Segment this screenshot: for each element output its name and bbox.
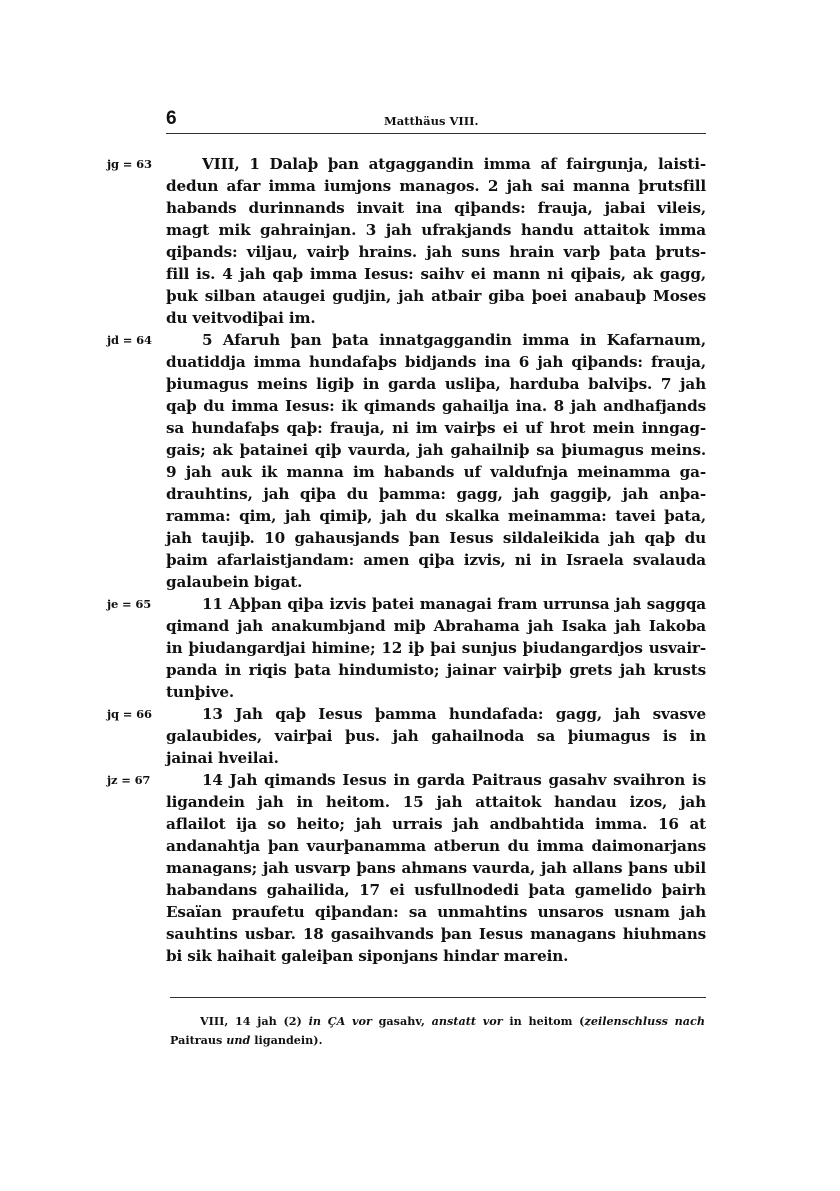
text-line: jah taujiþ. 10 gahausjands þan Iesus sil… bbox=[166, 527, 706, 549]
text-line: andanahtja þan vaurþanamma atberun du im… bbox=[166, 835, 706, 857]
footnote: VIII, 14 jah (2) in ÇA vor gasahv, ansta… bbox=[170, 1012, 705, 1050]
text-line: þaim afarlaistjandam: amen qiþa izvis, n… bbox=[166, 549, 706, 571]
text-line: 9 jah auk ik manna im habands uf valdufn… bbox=[166, 461, 706, 483]
text-line: þiumagus meins ligiþ in garda usliþa, ha… bbox=[166, 373, 706, 395]
gothic-text-body: jg = 63VIII, 1 Dalaþ þan atgaggandin imm… bbox=[166, 153, 706, 967]
text-line: tunþive. bbox=[166, 681, 706, 703]
footnote-rule bbox=[170, 997, 706, 998]
margin-label: jz = 67 bbox=[107, 769, 150, 791]
text-line: managans; jah usvarp þans ahmans vaurda,… bbox=[166, 857, 706, 879]
text-line: jg = 63VIII, 1 Dalaþ þan atgaggandin imm… bbox=[166, 153, 706, 175]
text-line: qimand jah anakumbjand miþ Abrahama jah … bbox=[166, 615, 706, 637]
text-line: fill is. 4 jah qaþ imma Iesus: saihv ei … bbox=[166, 263, 706, 285]
header-rule bbox=[166, 133, 706, 134]
text-line: je = 6511 Aþþan qiþa izvis þatei managai… bbox=[166, 593, 706, 615]
text-line: jd = 645 Afaruh þan þata innatgaggandin … bbox=[166, 329, 706, 351]
text-line: habandans gahailida, 17 ei usfullnodedi … bbox=[166, 879, 706, 901]
text-line: ramma: qim, jah qimiþ, jah du skalka mei… bbox=[166, 505, 706, 527]
text-line: jainai hveilai. bbox=[166, 747, 706, 769]
text-line: drauhtins, jah qiþa du þamma: gagg, jah … bbox=[166, 483, 706, 505]
text-line: galaubein bigat. bbox=[166, 571, 706, 593]
running-head: Matthäus VIII. bbox=[384, 114, 479, 128]
text-line: ligandein jah in heitom. 15 jah attaitok… bbox=[166, 791, 706, 813]
text-line: Esaïan praufetu qiþandan: sa unmahtins u… bbox=[166, 901, 706, 923]
text-line: þuk silban ataugei gudjin, jah atbair gi… bbox=[166, 285, 706, 307]
text-line: du veitvodiþai im. bbox=[166, 307, 706, 329]
margin-label: jg = 63 bbox=[107, 153, 152, 175]
text-line: magt mik gahrainjan. 3 jah ufrakjands ha… bbox=[166, 219, 706, 241]
text-line: qaþ du imma Iesus: ik qimands gahailja i… bbox=[166, 395, 706, 417]
text-line: jq = 6613 Jah qaþ Iesus þamma hundafada:… bbox=[166, 703, 706, 725]
text-line: bi sik haihait galeiþan siponjans hindar… bbox=[166, 945, 706, 967]
margin-label: je = 65 bbox=[107, 593, 151, 615]
text-line: galaubides, vairþai þus. jah gahailnoda … bbox=[166, 725, 706, 747]
margin-label: jq = 66 bbox=[107, 703, 152, 725]
text-line: dedun afar imma iumjons managos. 2 jah s… bbox=[166, 175, 706, 197]
text-line: duatiddja imma hundafaþs bidjands ina 6 … bbox=[166, 351, 706, 373]
text-line: in þiudangardjai himine; 12 iþ þai sunju… bbox=[166, 637, 706, 659]
text-line: gais; ak þatainei qiþ vaurda, jah gahail… bbox=[166, 439, 706, 461]
text-line: sa hundafaþs qaþ: frauja, ni im vairþs e… bbox=[166, 417, 706, 439]
text-line: sauhtins usbar. 18 gasaihvands þan Iesus… bbox=[166, 923, 706, 945]
footnote-line: VIII, 14 jah (2) in ÇA vor gasahv, ansta… bbox=[170, 1012, 705, 1031]
text-line: jz = 6714 Jah qimands Iesus in garda Pai… bbox=[166, 769, 706, 791]
text-line: qiþands: viljau, vairþ hrains. jah suns … bbox=[166, 241, 706, 263]
text-line: habands durinnands invait ina qiþands: f… bbox=[166, 197, 706, 219]
text-line: panda in riqis þata hindumisto; jainar v… bbox=[166, 659, 706, 681]
footnote-line: Paitraus und ligandein). bbox=[170, 1031, 705, 1050]
margin-label: jd = 64 bbox=[107, 329, 152, 351]
text-line: aflailot ija so heito; jah urrais jah an… bbox=[166, 813, 706, 835]
page-number: 6 bbox=[166, 108, 177, 130]
